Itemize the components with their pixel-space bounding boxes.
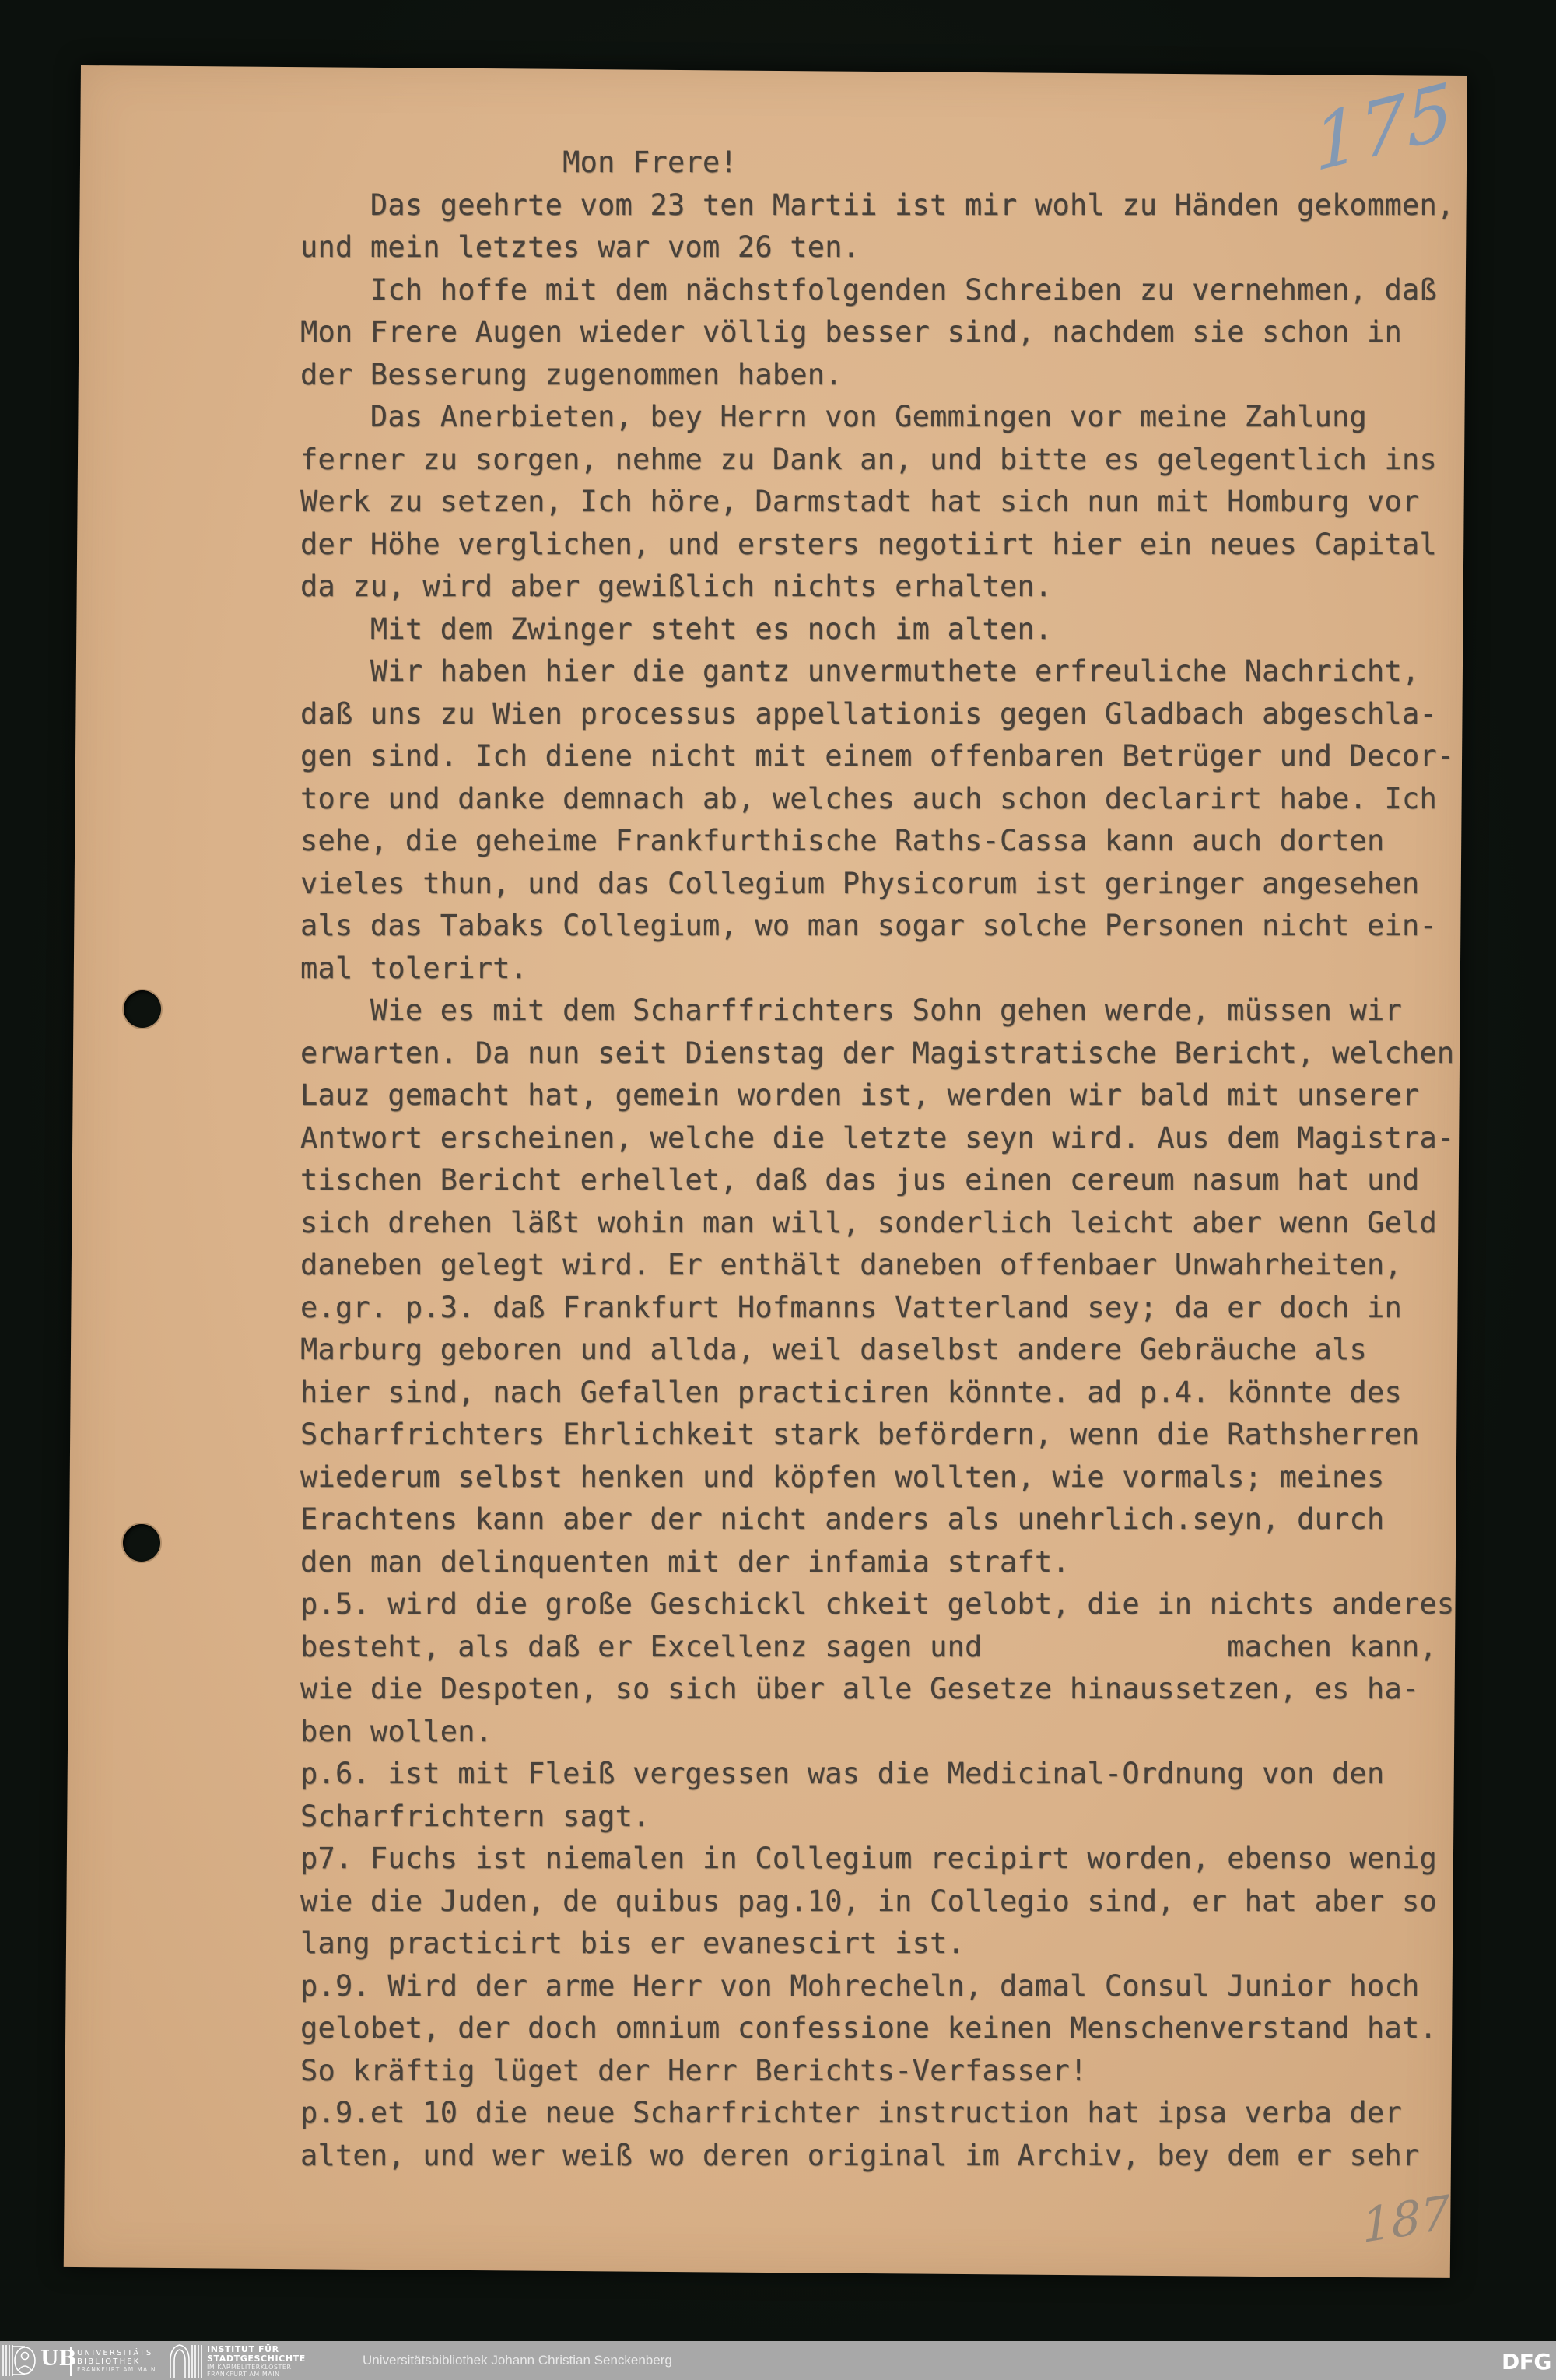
hole-punch-bottom <box>123 1524 160 1562</box>
ub-text-line: FRANKFURT AM MAIN <box>77 2366 156 2373</box>
ub-logo-divider <box>70 2347 72 2376</box>
institut-text-line: FRANKFURT AM MAIN <box>207 2371 306 2378</box>
provenance-text: Universitätsbibliothek Johann Christian … <box>363 2353 672 2368</box>
ub-text-line: UNIVERSITÄTS <box>77 2350 156 2358</box>
university-library-logo-icon <box>2 2343 40 2378</box>
footer-bar: UB UNIVERSITÄTS BIBLIOTHEK FRANKFURT AM … <box>0 2341 1556 2380</box>
university-library-text: UNIVERSITÄTS BIBLIOTHEK FRANKFURT AM MAI… <box>77 2350 156 2373</box>
dfg-logo-text: DFG <box>1502 2349 1551 2375</box>
ub-text-line: BIBLIOTHEK <box>77 2358 156 2367</box>
hole-punch-top <box>124 990 161 1028</box>
institut-stadtgeschichte-logo-icon <box>167 2343 203 2378</box>
letter-body-text: Mon Frere! Das geehrte vom 23 ten Martii… <box>300 142 1454 2177</box>
institut-stadtgeschichte-text: INSTITUT FÜR STADTGESCHICHTE IM KARMELIT… <box>207 2345 306 2378</box>
scan-page: Mon Frere! Das geehrte vom 23 ten Martii… <box>0 0 1556 2380</box>
institut-text-line: IM KARMELITERKLOSTER <box>207 2364 306 2371</box>
institut-text-line: STADTGESCHICHTE <box>207 2354 306 2364</box>
